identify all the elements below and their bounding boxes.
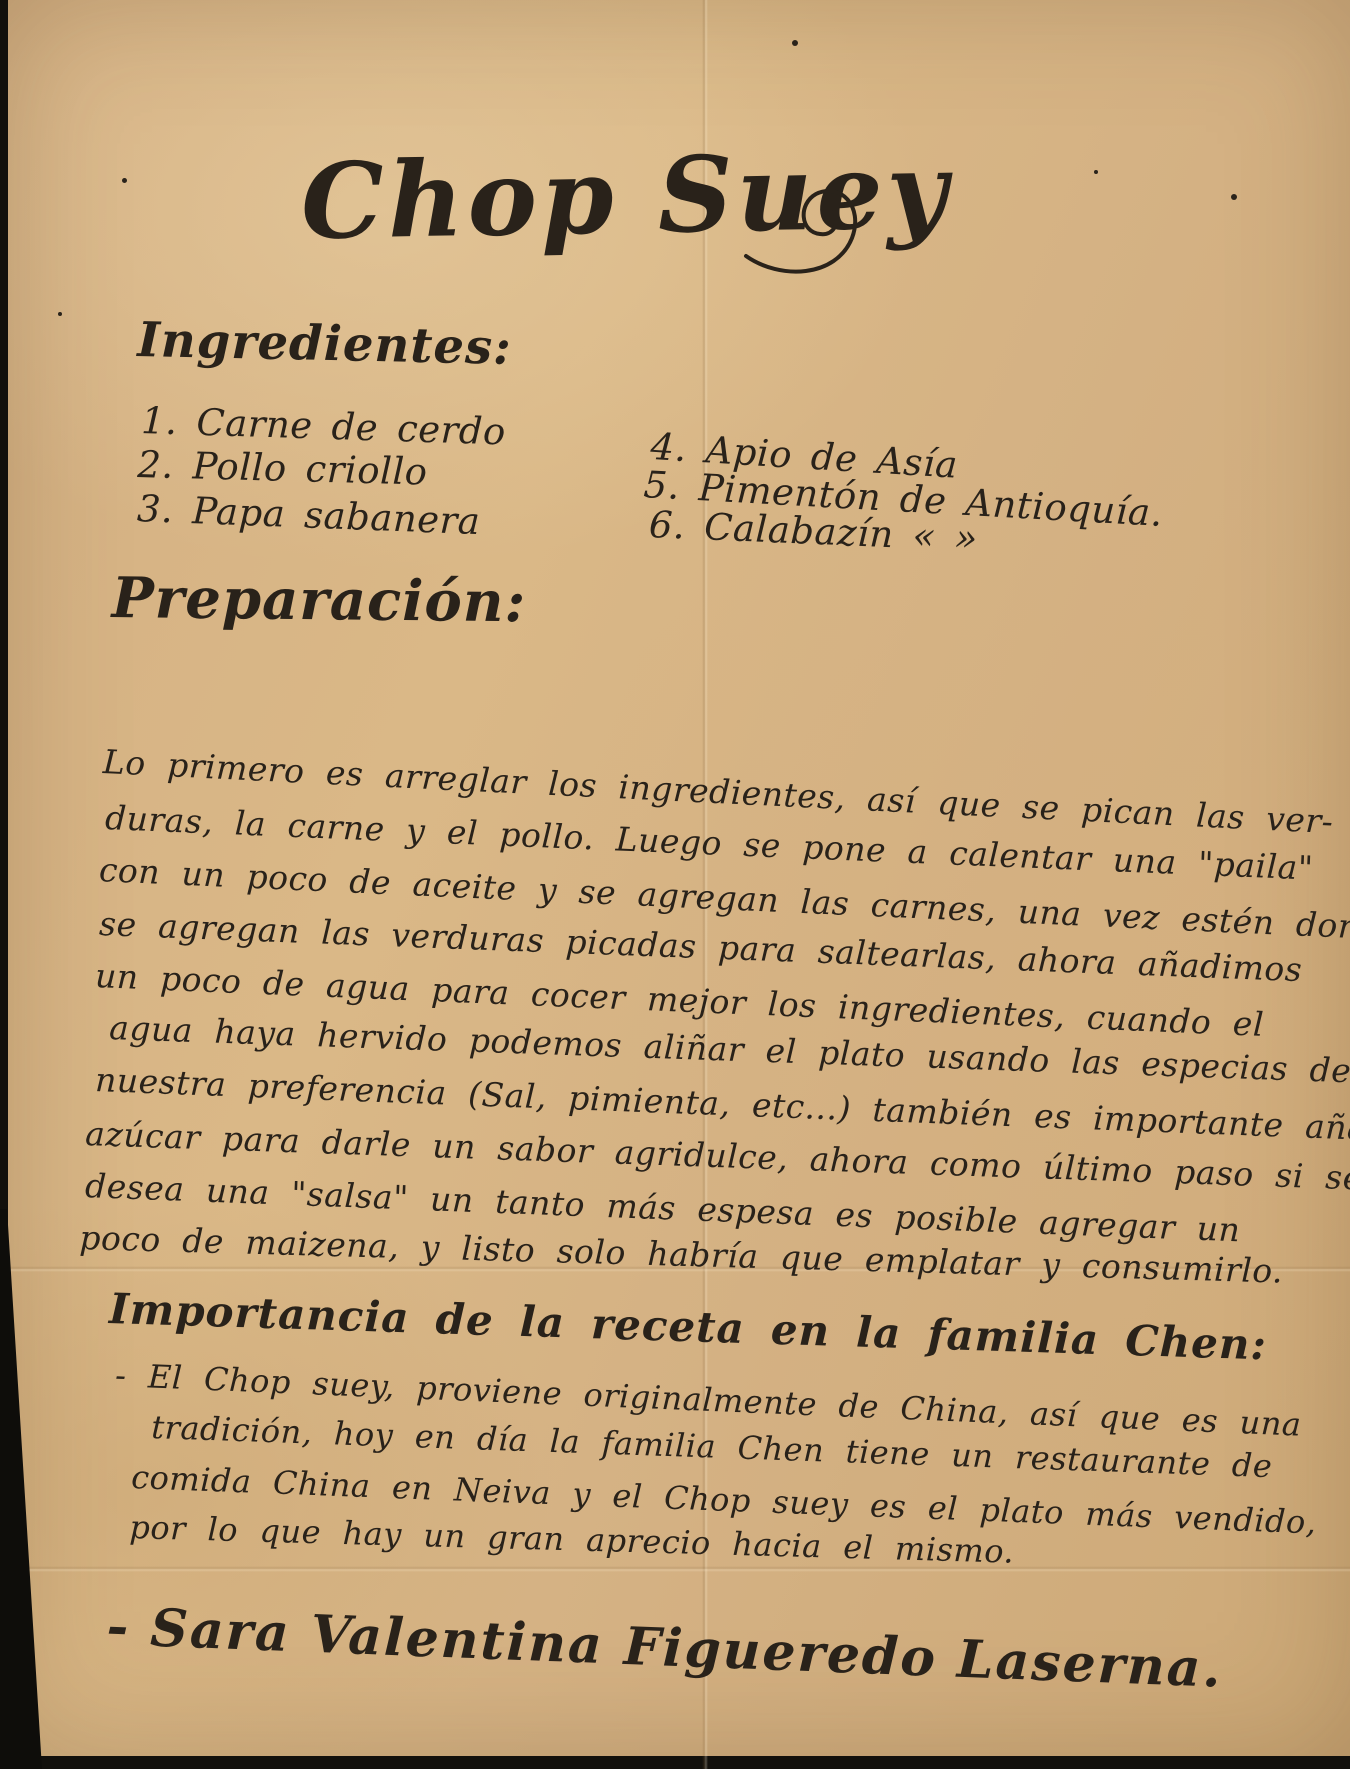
horizontal-fold-crease [0,1566,1350,1572]
title-flourish-swirl [740,160,880,300]
preparation-heading: Preparación: [111,565,526,635]
ink-dot [58,312,62,316]
ink-dot [122,178,127,183]
scanned-recipe-page: Chop Suey Ingredientes: 1. Carne de cerd… [0,0,1350,1769]
ink-dot [1094,170,1098,174]
ink-dot [1231,194,1237,200]
ink-dot [792,40,798,46]
ingredients-heading: Ingredientes: [137,312,513,376]
